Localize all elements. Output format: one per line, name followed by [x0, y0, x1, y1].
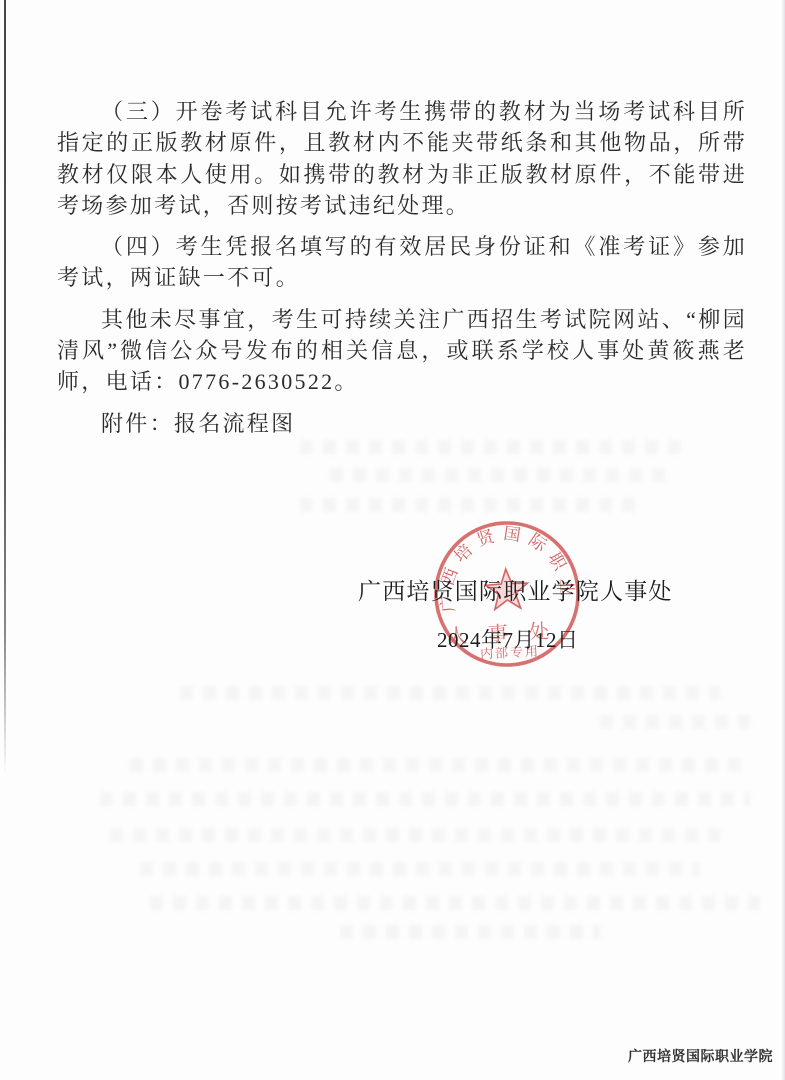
paragraph-contact-info: 其他未尽事宜，考生可持续关注广西招生考试院网站、“柳园清风”微信公众号发布的相关… — [57, 304, 747, 398]
paragraph-item-3: （三）开卷考试科目允许考生携带的教材为当场考试科目所指定的正版教材原件，且教材内… — [57, 96, 747, 221]
scan-edge-line — [4, 0, 6, 775]
bleed-through-smudge — [330, 468, 670, 482]
bleed-through-smudge — [340, 925, 600, 939]
bleed-through-smudge — [100, 792, 750, 806]
attachment-note: 附件：报名流程图 — [57, 408, 747, 439]
signature-department: 广西培贤国际职业学院人事处 — [358, 573, 673, 606]
bleed-through-smudge — [300, 440, 690, 454]
paragraph-item-4: （四）考生凭报名填写的有效居民身份证和《准考证》参加考试，两证缺一不可。 — [57, 231, 747, 294]
bleed-through-smudge — [140, 862, 700, 876]
scan-edge-shadow — [781, 0, 785, 1080]
bleed-through-smudge — [130, 758, 750, 772]
document-page: （三）开卷考试科目允许考生携带的教材为当场考试科目所指定的正版教材原件，且教材内… — [0, 0, 785, 1080]
bleed-through-smudge — [110, 828, 720, 842]
bleed-through-smudge — [180, 686, 720, 700]
bleed-through-smudge — [150, 896, 760, 910]
footer-watermark: 广西培贤国际职业学院 — [628, 1046, 773, 1066]
document-body: （三）开卷考试科目允许考生携带的教材为当场考试科目所指定的正版教材原件，且教材内… — [57, 96, 747, 439]
document-date: 2024年7月12日 — [437, 624, 579, 654]
bleed-through-smudge — [600, 715, 750, 729]
